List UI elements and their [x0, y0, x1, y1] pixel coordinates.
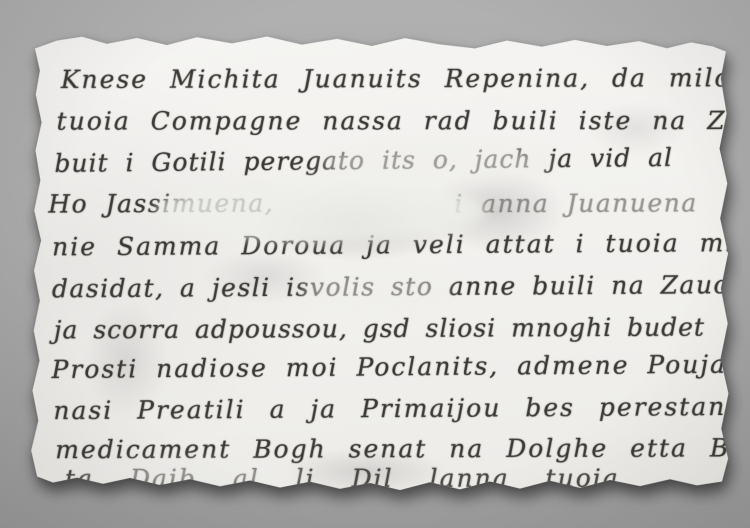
handwritten-line-7: ja scorra adpoussou, gsd sliosi mnoghi b…: [54, 313, 705, 345]
handwritten-line-3: buit i Gotili peregato its o, jach ja vi…: [54, 143, 673, 178]
handwritten-line-8: Prosti nadiose moi Poclanits, admene Pou…: [51, 349, 750, 384]
handwritten-line-4-left: Ho Jassimuena,: [48, 189, 274, 219]
handwritten-line-1: Knese Michita Juanuits Repenina, da milo…: [61, 63, 747, 94]
handwritten-line-10: medicament Bogh senat na Dolghe etta Bad…: [55, 433, 750, 464]
handwritten-line-2: tuoia Compagne nassa rad buili iste na Z…: [57, 106, 750, 136]
handwritten-line-6: dasidat, a jesli isvolis sto anne buili …: [52, 270, 750, 303]
handwritten-line-9: nasi Preatili a ja Primaijou bes peresta…: [53, 392, 726, 425]
handwritten-line-4-right: i anna Juanuena: [454, 188, 698, 218]
photo-background: Knese Michita Juanuits Repenina, da milo…: [0, 0, 750, 528]
handwritten-line-5: nie Samma Doroua ja veli attat i tuoia m…: [52, 228, 750, 261]
letter-paper: Knese Michita Juanuits Repenina, da milo…: [25, 30, 733, 495]
handwritten-line-11-truncated: ta Daib al li Dil lanna tuoia: [65, 464, 620, 493]
paper-sheet: Knese Michita Juanuits Repenina, da milo…: [25, 30, 733, 495]
